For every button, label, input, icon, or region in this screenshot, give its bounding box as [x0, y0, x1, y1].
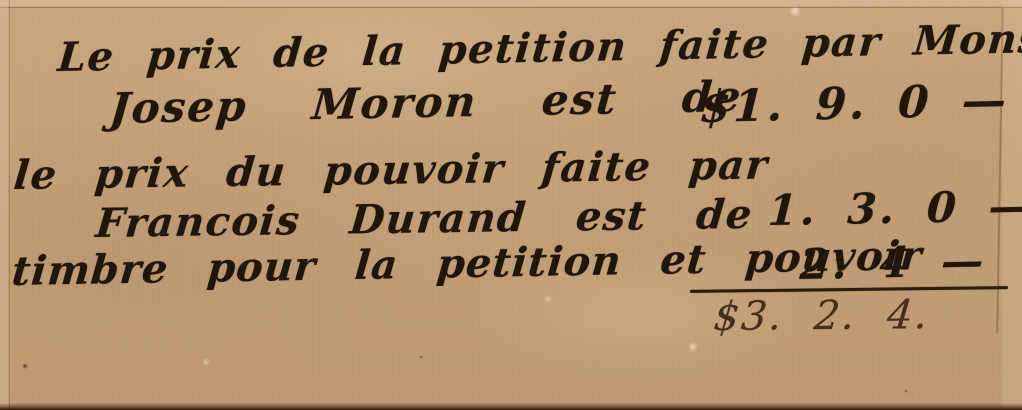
left-fold-crease: [9, 0, 10, 410]
handwritten-line-2: Josep Moron est de: [108, 72, 745, 133]
paper-left-edge: [0, 0, 8, 410]
amount-line-5: 2. 4 —: [799, 236, 988, 289]
paper-top-edge: [0, 0, 1022, 6]
amount-line-4: 1. 3. 0 —: [767, 181, 1022, 235]
handwritten-line-3: le prix du pouvoir faite par: [12, 141, 771, 199]
paper-bottom-shadow-edge: [0, 403, 1022, 410]
amount-line-2: $1. 9. 0 —: [699, 75, 1010, 133]
handwritten-line-1: Le prix de la petition faite par Monsieu…: [56, 13, 1022, 81]
aged-paper-note: Le prix de la petition faite par Monsieu…: [0, 0, 1022, 410]
top-fold-crease: [0, 7, 1022, 8]
total-amount: $3. 2. 4.: [712, 292, 932, 340]
total-sum-rule: [690, 286, 1008, 292]
